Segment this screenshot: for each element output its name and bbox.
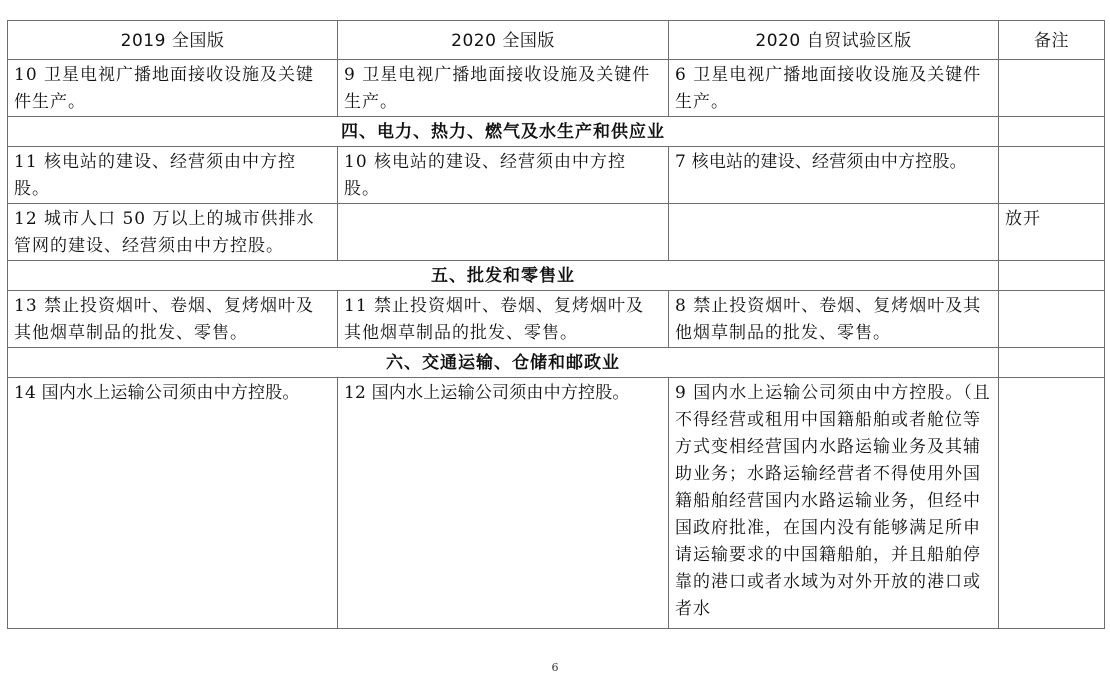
table-row: 14 国内水上运输公司须由中方控股。 12 国内水上运输公司须由中方控股。 9 … — [8, 378, 1105, 629]
table-row: 13 禁止投资烟叶、卷烟、复烤烟叶及其他烟草制品的批发、零售。 11 禁止投资烟… — [8, 291, 1105, 348]
section-remarks — [999, 261, 1105, 291]
section-row: 四、电力、热力、燃气及水生产和供应业 — [8, 117, 1105, 147]
cell-2020-ftz: 9 国内水上运输公司须由中方控股。（且不得经营或租用中国籍船舶或者舱位等方式变相… — [669, 378, 999, 629]
cell-2020: 12 国内水上运输公司须由中方控股。 — [338, 378, 669, 629]
cell-remarks: 放开 — [999, 204, 1105, 261]
cell-2019: 14 国内水上运输公司须由中方控股。 — [8, 378, 338, 629]
page-number: 6 — [0, 661, 1110, 674]
table-row: 10 卫星电视广播地面接收设施及关键件生产。 9 卫星电视广播地面接收设施及关键… — [8, 60, 1105, 117]
section-row: 五、批发和零售业 — [8, 261, 1105, 291]
cell-2020-ftz: 8 禁止投资烟叶、卷烟、复烤烟叶及其他烟草制品的批发、零售。 — [669, 291, 999, 348]
header-2020-national: 2020 全国版 — [338, 21, 669, 60]
header-2020-ftz: 2020 自贸试验区版 — [669, 21, 999, 60]
table-row: 12 城市人口 50 万以上的城市供排水管网的建设、经营须由中方控股。 放开 — [8, 204, 1105, 261]
cell-2019: 11 核电站的建设、经营须由中方控股。 — [8, 147, 338, 204]
section-title: 六、交通运输、仓储和邮政业 — [8, 348, 999, 378]
section-remarks — [999, 117, 1105, 147]
cell-remarks — [999, 378, 1105, 629]
cell-2019: 12 城市人口 50 万以上的城市供排水管网的建设、经营须由中方控股。 — [8, 204, 338, 261]
cell-remarks — [999, 60, 1105, 117]
cell-2020-ftz — [669, 204, 999, 261]
section-row: 六、交通运输、仓储和邮政业 — [8, 348, 1105, 378]
header-remarks: 备注 — [999, 21, 1105, 60]
header-2019-national: 2019 全国版 — [8, 21, 338, 60]
cell-2019: 13 禁止投资烟叶、卷烟、复烤烟叶及其他烟草制品的批发、零售。 — [8, 291, 338, 348]
cell-2020: 11 禁止投资烟叶、卷烟、复烤烟叶及其他烟草制品的批发、零售。 — [338, 291, 669, 348]
section-title: 五、批发和零售业 — [8, 261, 999, 291]
cell-2020: 9 卫星电视广播地面接收设施及关键件生产。 — [338, 60, 669, 117]
cell-2019: 10 卫星电视广播地面接收设施及关键件生产。 — [8, 60, 338, 117]
cell-remarks — [999, 291, 1105, 348]
cell-remarks — [999, 147, 1105, 204]
policy-comparison-table: 2019 全国版 2020 全国版 2020 自贸试验区版 备注 10 卫星电视… — [7, 20, 1105, 629]
table-row: 11 核电站的建设、经营须由中方控股。 10 核电站的建设、经营须由中方控股。 … — [8, 147, 1105, 204]
table-header-row: 2019 全国版 2020 全国版 2020 自贸试验区版 备注 — [8, 21, 1105, 60]
cell-2020-ftz: 6 卫星电视广播地面接收设施及关键件生产。 — [669, 60, 999, 117]
section-title: 四、电力、热力、燃气及水生产和供应业 — [8, 117, 999, 147]
cell-2020: 10 核电站的建设、经营须由中方控股。 — [338, 147, 669, 204]
cell-2020-ftz: 7 核电站的建设、经营须由中方控股。 — [669, 147, 999, 204]
section-remarks — [999, 348, 1105, 378]
cell-2020 — [338, 204, 669, 261]
